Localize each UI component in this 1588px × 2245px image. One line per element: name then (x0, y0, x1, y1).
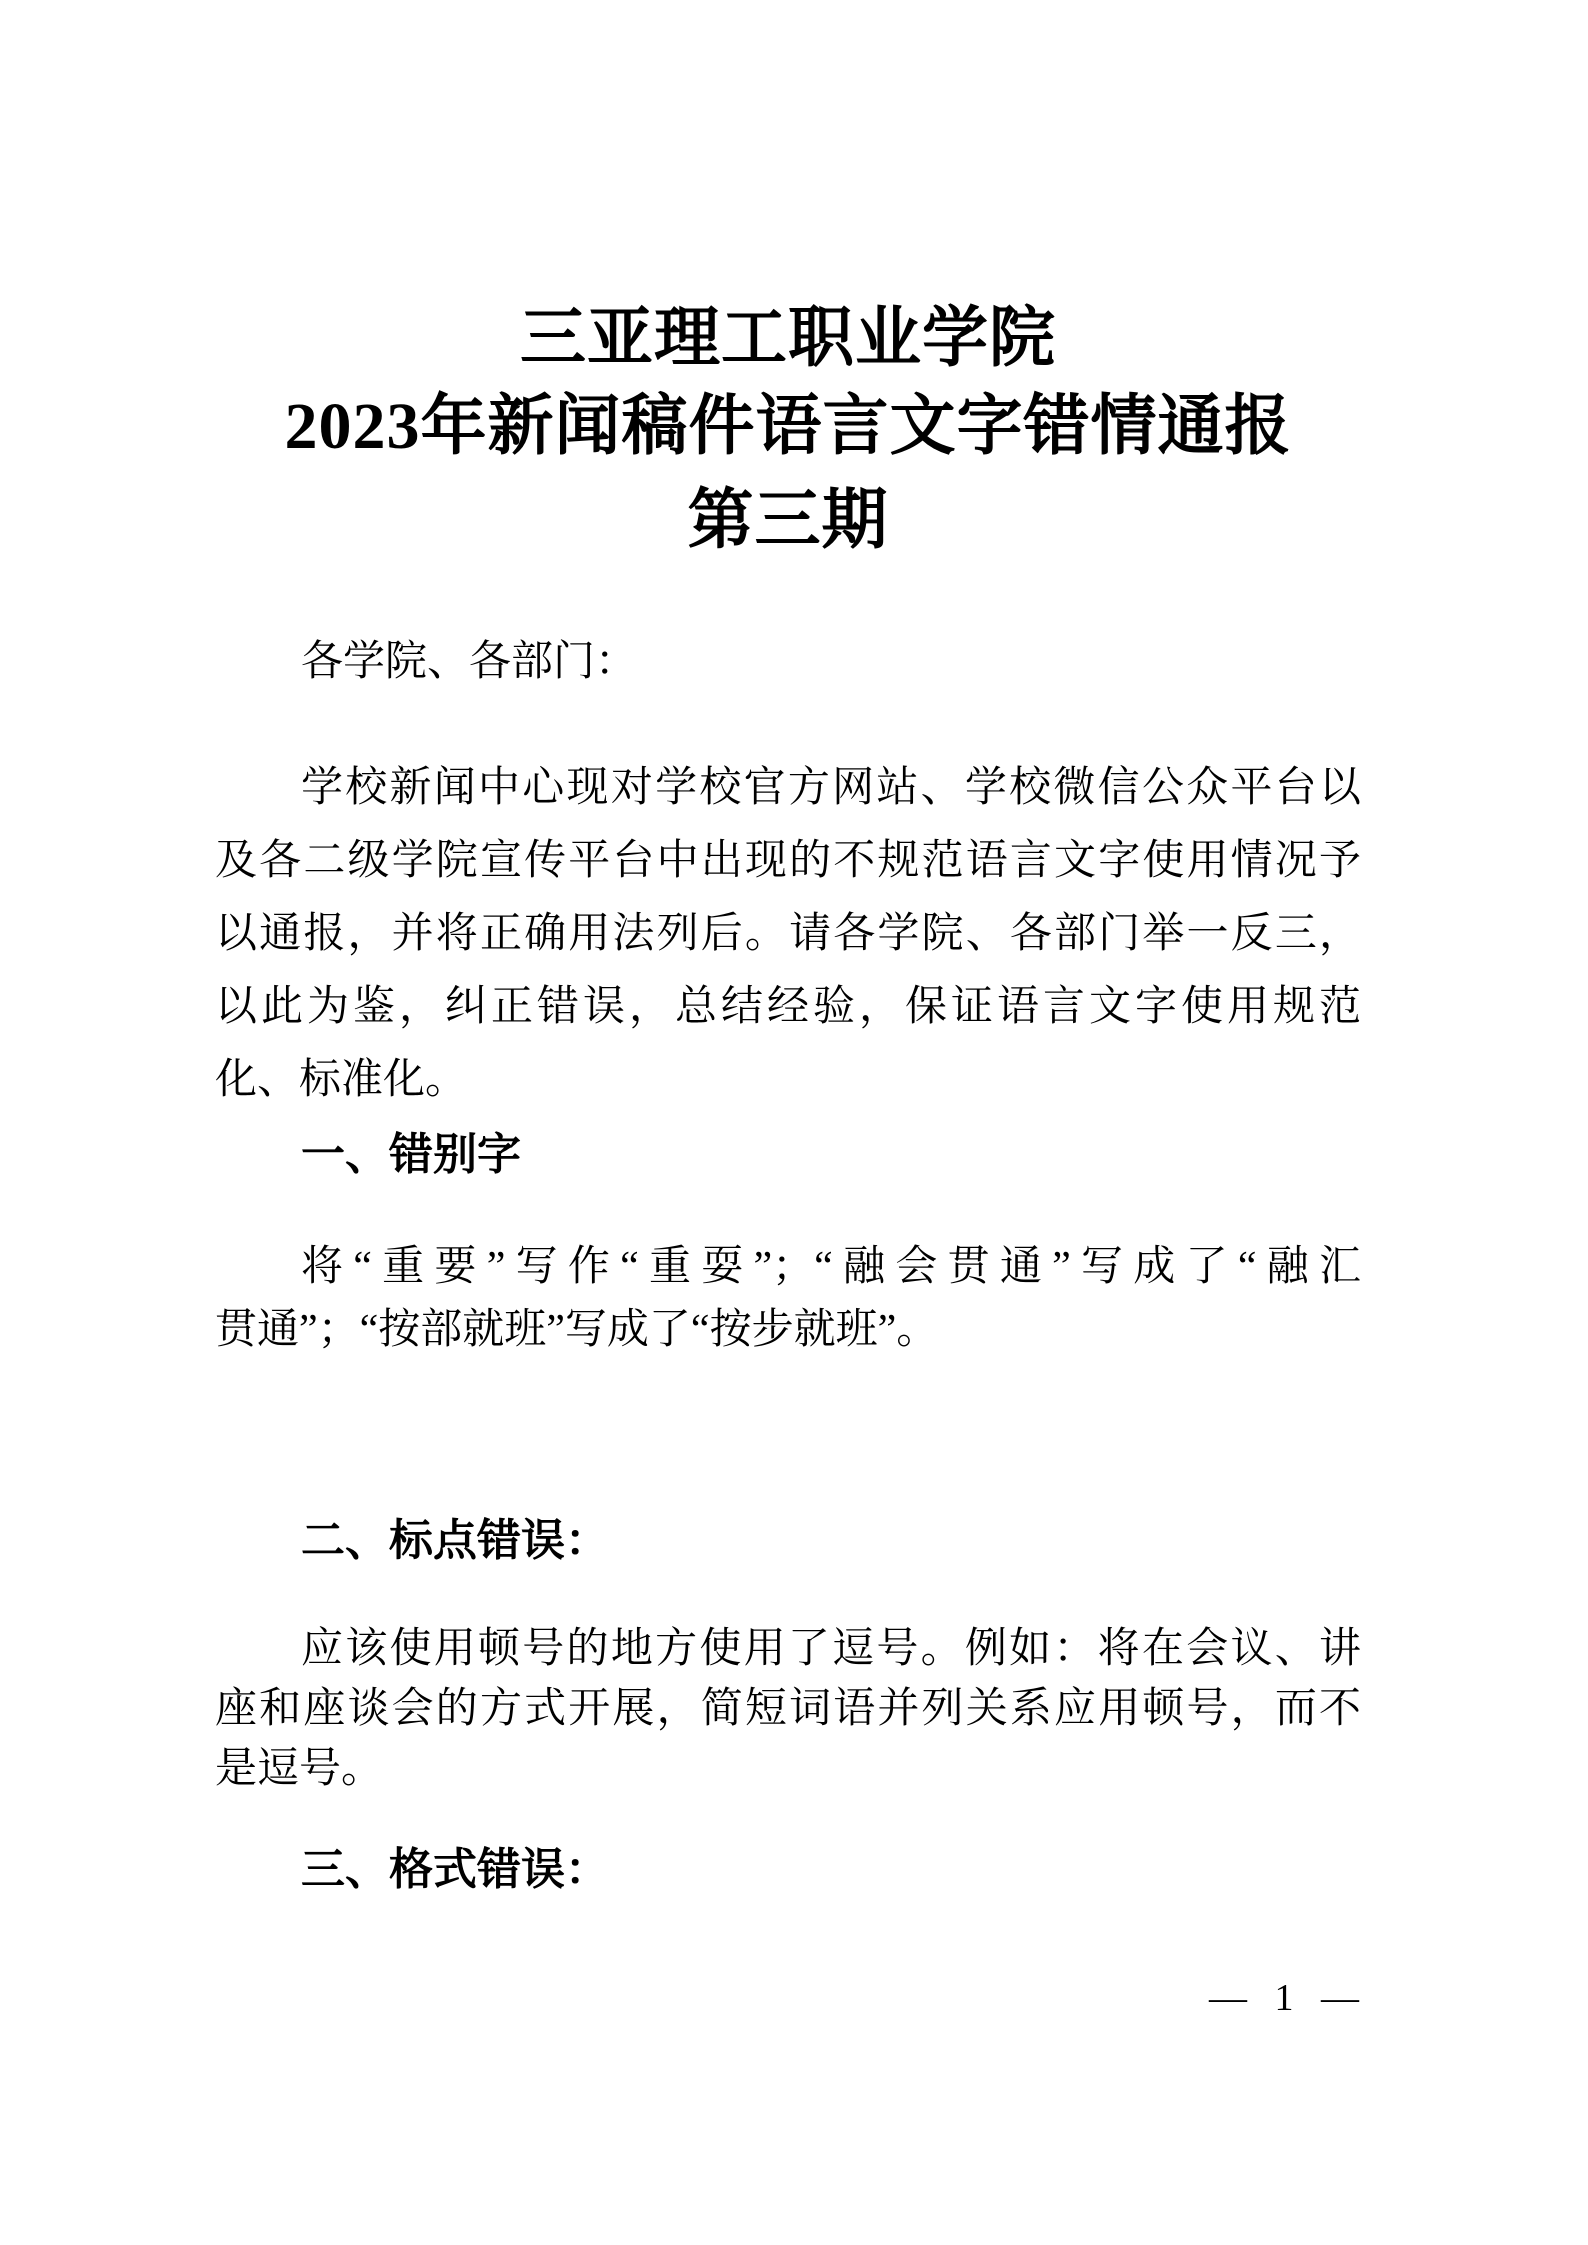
paragraph-line: 将“重要”写作“重耍”；“融会贯通”写成了“融汇 (215, 1236, 1361, 1299)
document-title-line-1: 三亚理工职业学院 (215, 304, 1361, 374)
page-number: — 1 — (215, 1976, 1361, 2020)
paragraph-line: 化、标准化。 (215, 1044, 1361, 1117)
paragraph-line: 是逗号。 (215, 1739, 1361, 1799)
paragraph-typos: 将“重要”写作“重耍”；“融会贯通”写成了“融汇 贯通”；“按部就班”写成了“按… (215, 1236, 1361, 1362)
document-page: 三亚理工职业学院 2023年新闻稿件语言文字错情通报 第三期 各学院、各部门： … (0, 0, 1588, 2245)
salutation: 各学院、各部门： (215, 638, 1361, 686)
paragraph-line: 以通报，并将正确用法列后。请各学院、各部门举一反三， (215, 898, 1361, 971)
paragraph-line: 学校新闻中心现对学校官方网站、学校微信公众平台以 (215, 752, 1361, 825)
document-title-line-2: 2023年新闻稿件语言文字错情通报 (215, 392, 1361, 462)
section-heading-punctuation: 二、标点错误： (215, 1516, 1361, 1566)
document-title-line-3: 第三期 (215, 486, 1361, 556)
paragraph-line: 以此为鉴，纠正错误，总结经验，保证语言文字使用规范 (215, 971, 1361, 1044)
paragraph-punctuation: 应该使用顿号的地方使用了逗号。例如：将在会议、讲 座和座谈会的方式开展，简短词语… (215, 1619, 1361, 1799)
paragraph-line: 及各二级学院宣传平台中出现的不规范语言文字使用情况予 (215, 825, 1361, 898)
paragraph-line: 座和座谈会的方式开展，简短词语并列关系应用顿号，而不 (215, 1679, 1361, 1739)
paragraph-line: 应该使用顿号的地方使用了逗号。例如：将在会议、讲 (215, 1619, 1361, 1679)
section-heading-typos: 一、错别字 (215, 1130, 1361, 1180)
paragraph-line: 贯通”；“按部就班”写成了“按步就班”。 (215, 1299, 1361, 1362)
section-heading-format: 三、格式错误： (215, 1845, 1361, 1895)
paragraph-intro: 学校新闻中心现对学校官方网站、学校微信公众平台以 及各二级学院宣传平台中出现的不… (215, 752, 1361, 1117)
